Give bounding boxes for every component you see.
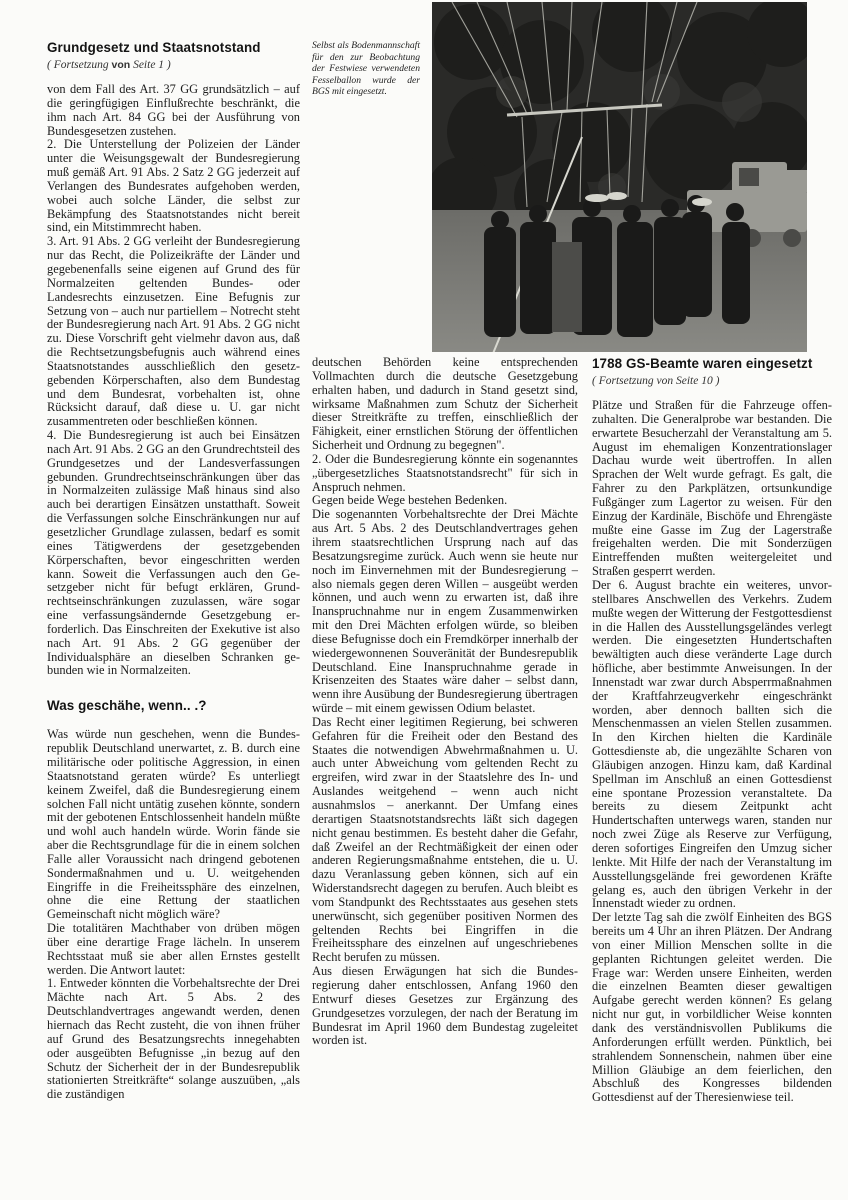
article-grundgesetz-continued: deutschen Behörden keine entsprechenden … xyxy=(312,356,578,1048)
article-headline: 1788 GS-Beamte waren eingesetzt xyxy=(592,356,832,372)
photo-image xyxy=(432,2,807,356)
paragraph: Gegen beide Wege bestehen Bedenken. xyxy=(312,494,578,508)
article-headline: Grundgesetz und Staatsnotstand xyxy=(47,40,300,56)
paragraph: 2. Die Unterstellung der Polizeien der L… xyxy=(47,138,300,235)
article-gs-beamte: 1788 GS-Beamte waren eingesetzt ( Fortse… xyxy=(592,356,832,1105)
paragraph: 3. Art. 91 Abs. 2 GG verleiht der Bundes… xyxy=(47,235,300,429)
paragraph: deutschen Behörden keine entsprechenden … xyxy=(312,356,578,453)
article-grundgesetz: Grundgesetz und Staatsnotstand ( Fortset… xyxy=(47,40,300,1102)
photo-balloon-crew xyxy=(432,2,807,356)
paragraph: 2. Oder die Bundesregierung könnte ein s… xyxy=(312,453,578,495)
paragraph: Plätze und Straßen für die Fahrzeuge off… xyxy=(592,399,832,579)
paragraph: Die totalitären Machthaber von drüben mö… xyxy=(47,922,300,977)
continuation-von: von xyxy=(112,59,131,71)
paragraph: Der letzte Tag sah die zwölf Einheiten d… xyxy=(592,911,832,1105)
paragraph: Was würde nun geschehen, wenn die Bundes… xyxy=(47,728,300,922)
paragraph: 1. Entweder könnten die Vorbehaltsrechte… xyxy=(47,977,300,1102)
photo-caption: Selbst als Bodenmannschaft für den zur B… xyxy=(312,40,420,98)
paragraph: Das Recht einer legitimen Regierung, bei… xyxy=(312,716,578,965)
paragraph: 4. Die Bundesregierung ist auch bei Ein­… xyxy=(47,429,300,678)
paragraph: Die sogenannten Vorbehaltsrechte der Dre… xyxy=(312,508,578,716)
continuation-note: ( Fortsetzung von Seite 1 ) xyxy=(47,58,300,72)
paragraph: Aus diesen Erwägungen hat sich die Bunde… xyxy=(312,965,578,1048)
continuation-prefix: ( Fortsetzung xyxy=(47,59,109,71)
paragraph: Der 6. August brachte ein weiteres, unvo… xyxy=(592,579,832,911)
continuation-note: ( Fortsetzung von Seite 10 ) xyxy=(592,374,832,388)
paragraph: von dem Fall des Art. 37 GG grundsätzlic… xyxy=(47,83,300,138)
continuation-suffix: Seite 1 ) xyxy=(133,59,171,71)
section-headline: Was geschähe, wenn.. .? xyxy=(47,698,300,714)
